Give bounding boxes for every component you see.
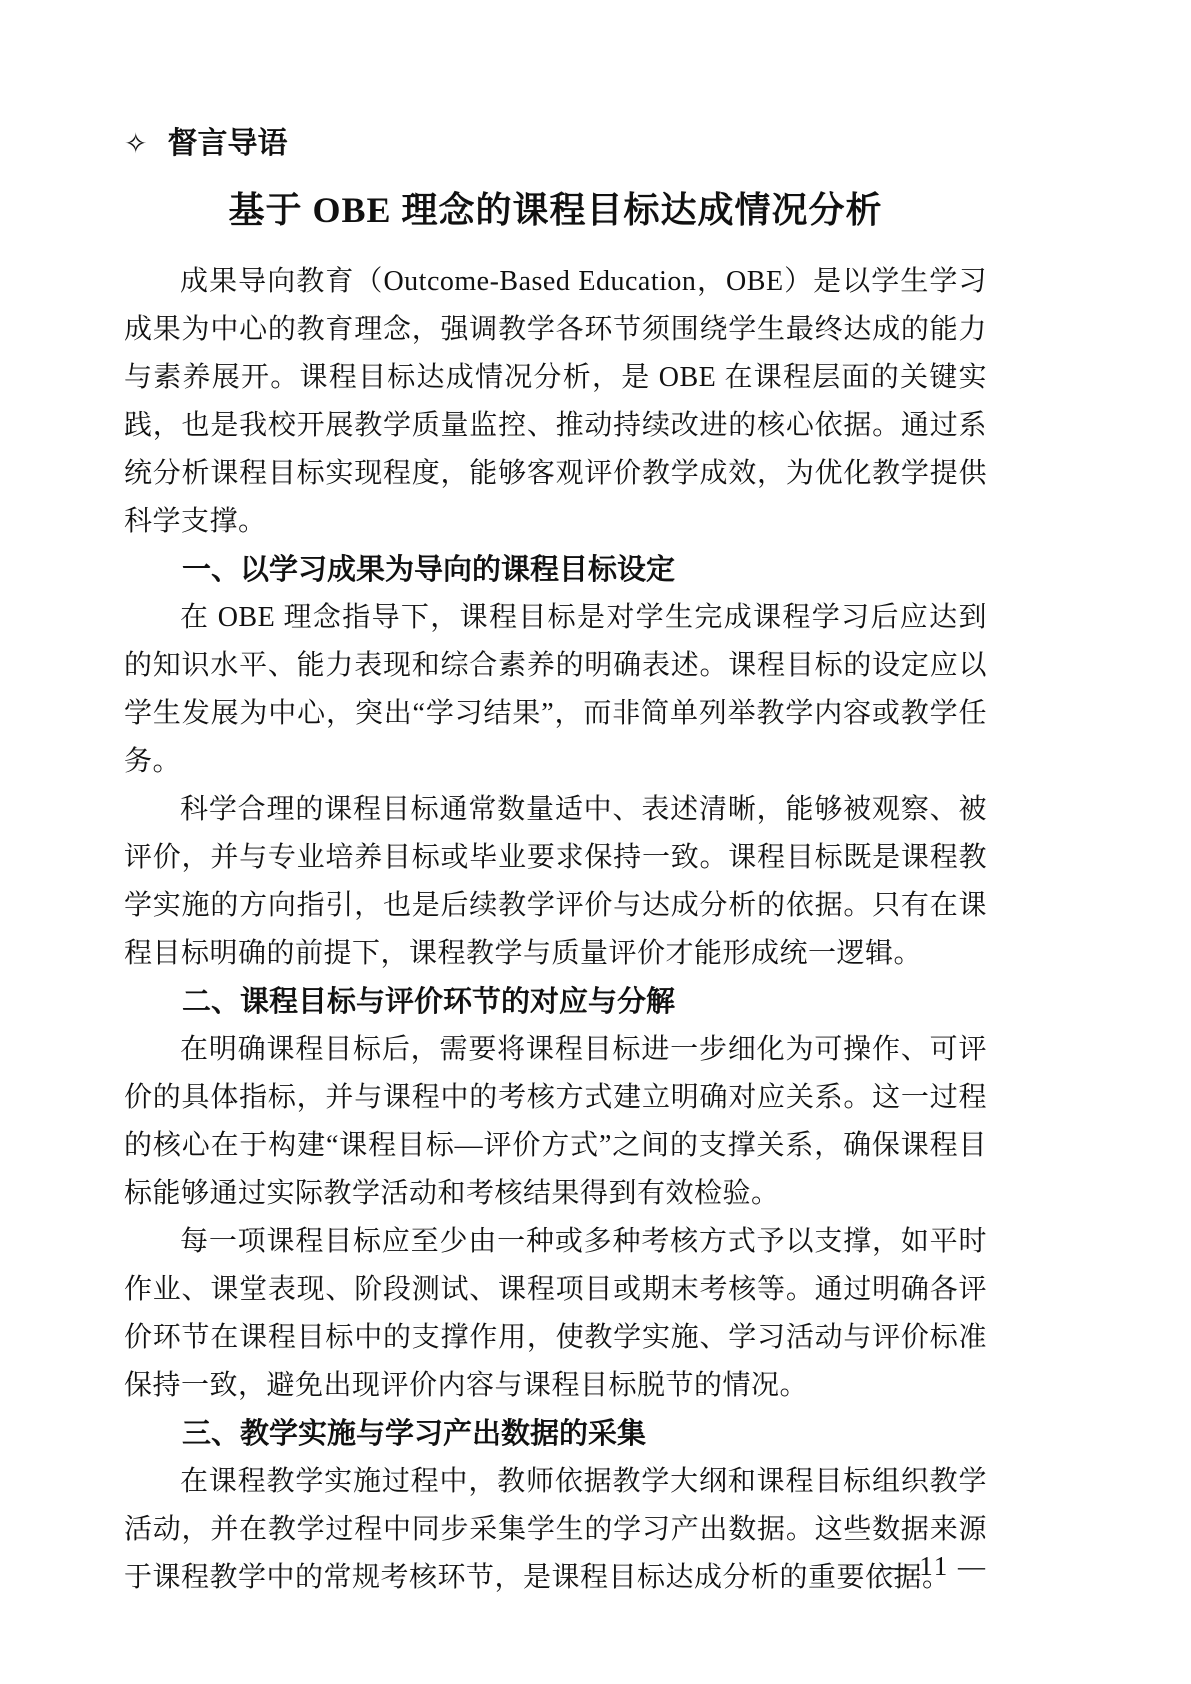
header-section-label: 督言导语	[167, 126, 287, 162]
four-pointed-star-icon: ✧	[124, 126, 147, 162]
document-page: ✧ 督言导语 基于 OBE 理念的课程目标达成情况分析 成果导向教育（Outco…	[0, 0, 1191, 1684]
document-title: 基于 OBE 理念的课程目标达成情况分析	[124, 186, 987, 234]
paragraph-section1-a: 在 OBE 理念指导下，课程目标是对学生完成课程学习后应达到的知识水平、能力表现…	[124, 594, 987, 786]
paragraph-section2-a: 在明确课程目标后，需要将课程目标进一步细化为可操作、可评价的具体指标，并与课程中…	[124, 1026, 987, 1218]
page-number: — 11 —	[882, 1551, 988, 1581]
paragraph-section2-b: 每一项课程目标应至少由一种或多种考核方式予以支撑，如平时作业、课堂表现、阶段测试…	[124, 1218, 987, 1410]
paragraph-section1-b: 科学合理的课程目标通常数量适中、表述清晰，能够被观察、被评价，并与专业培养目标或…	[124, 786, 987, 978]
section-heading-1: 一、以学习成果为导向的课程目标设定	[124, 546, 987, 594]
paragraph-intro: 成果导向教育（Outcome-Based Education，OBE）是以学生学…	[124, 258, 987, 546]
doc-header: ✧ 督言导语	[124, 126, 987, 162]
document-body: 成果导向教育（Outcome-Based Education，OBE）是以学生学…	[124, 258, 987, 1602]
page-footer: — 11 —	[882, 1551, 988, 1582]
section-heading-3: 三、教学实施与学习产出数据的采集	[124, 1410, 987, 1458]
section-heading-2: 二、课程目标与评价环节的对应与分解	[124, 978, 987, 1026]
paragraph-section3-a: 在课程教学实施过程中，教师依据教学大纲和课程目标组织教学活动，并在教学过程中同步…	[124, 1458, 987, 1602]
